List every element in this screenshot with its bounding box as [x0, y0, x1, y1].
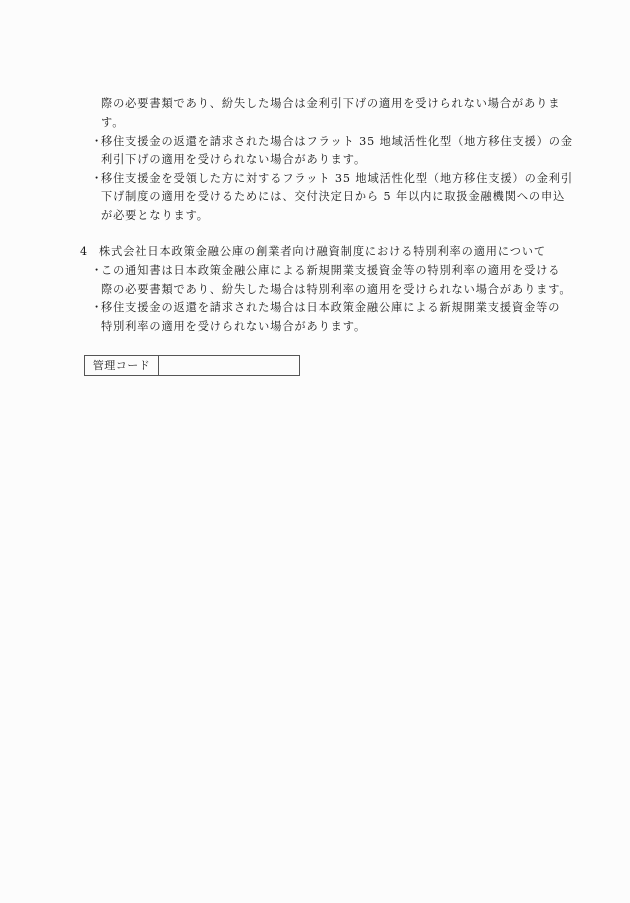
bullet-mark: ・ — [91, 172, 101, 186]
bullet-mark: ・ — [91, 301, 101, 315]
section-number: 4 — [80, 245, 99, 259]
management-code-value — [159, 356, 299, 375]
section-title: 株式会社日本政策金融公庫の創業者向け融資制度における特別利率の適用について — [99, 245, 546, 258]
section4-bullet-2-line-1: ・移住支援金の返還を請求された場合は日本政策金融公庫による新規開業支援資金等の — [91, 301, 560, 315]
section3-bullet-2-line-3: が必要となります。 — [101, 209, 209, 223]
section3-bullet-1-line-2: 利引下げの適用を受けられない場合があります。 — [101, 153, 366, 167]
section3-bullet-1-line-1: ・移住支援金の返還を請求された場合はフラット 35 地域活性化型（地方移住支援）… — [91, 135, 573, 149]
section4-bullet-1-line-1: ・この通知書は日本政策金融公庫による新規開業支援資金等の特別利率の適用を受ける — [91, 264, 560, 278]
bullet-text: 移住支援金を受領した方に対するフラット 35 地域活性化型（地方移住支援）の金利… — [101, 172, 573, 185]
section3-bullet-2-line-2: 下げ制度の適用を受けるためには、交付決定日から 5 年以内に取扱金融機関への申込 — [101, 190, 565, 204]
section4-heading: 4株式会社日本政策金融公庫の創業者向け融資制度における特別利率の適用について — [80, 245, 546, 259]
bullet-mark: ・ — [91, 264, 101, 278]
management-code-table: 管理コード — [84, 355, 300, 376]
management-code-label: 管理コード — [85, 356, 159, 375]
bullet-text: 移住支援金の返還を請求された場合は日本政策金融公庫による新規開業支援資金等の — [101, 301, 560, 314]
bullet-text: この通知書は日本政策金融公庫による新規開業支援資金等の特別利率の適用を受ける — [101, 264, 560, 277]
section4-bullet-1-line-2: 際の必要書類であり、紛失した場合は特別利率の適用を受けられない場合があります。 — [101, 283, 572, 297]
section4-bullet-2-line-2: 特別利率の適用を受けられない場合があります。 — [101, 320, 366, 334]
bullet-text: 移住支援金の返還を請求された場合はフラット 35 地域活性化型（地方移住支援）の… — [101, 135, 573, 148]
section3-bullet-2-line-1: ・移住支援金を受領した方に対するフラット 35 地域活性化型（地方移住支援）の金… — [91, 172, 573, 186]
section3-continuation-line-1: 際の必要書類であり、紛失した場合は金利引下げの適用を受けられない場合がありま — [101, 97, 560, 111]
section3-continuation-line-2: す。 — [101, 116, 124, 130]
bullet-mark: ・ — [91, 135, 101, 149]
document-page: 際の必要書類であり、紛失した場合は金利引下げの適用を受けられない場合がありま す… — [0, 0, 630, 903]
